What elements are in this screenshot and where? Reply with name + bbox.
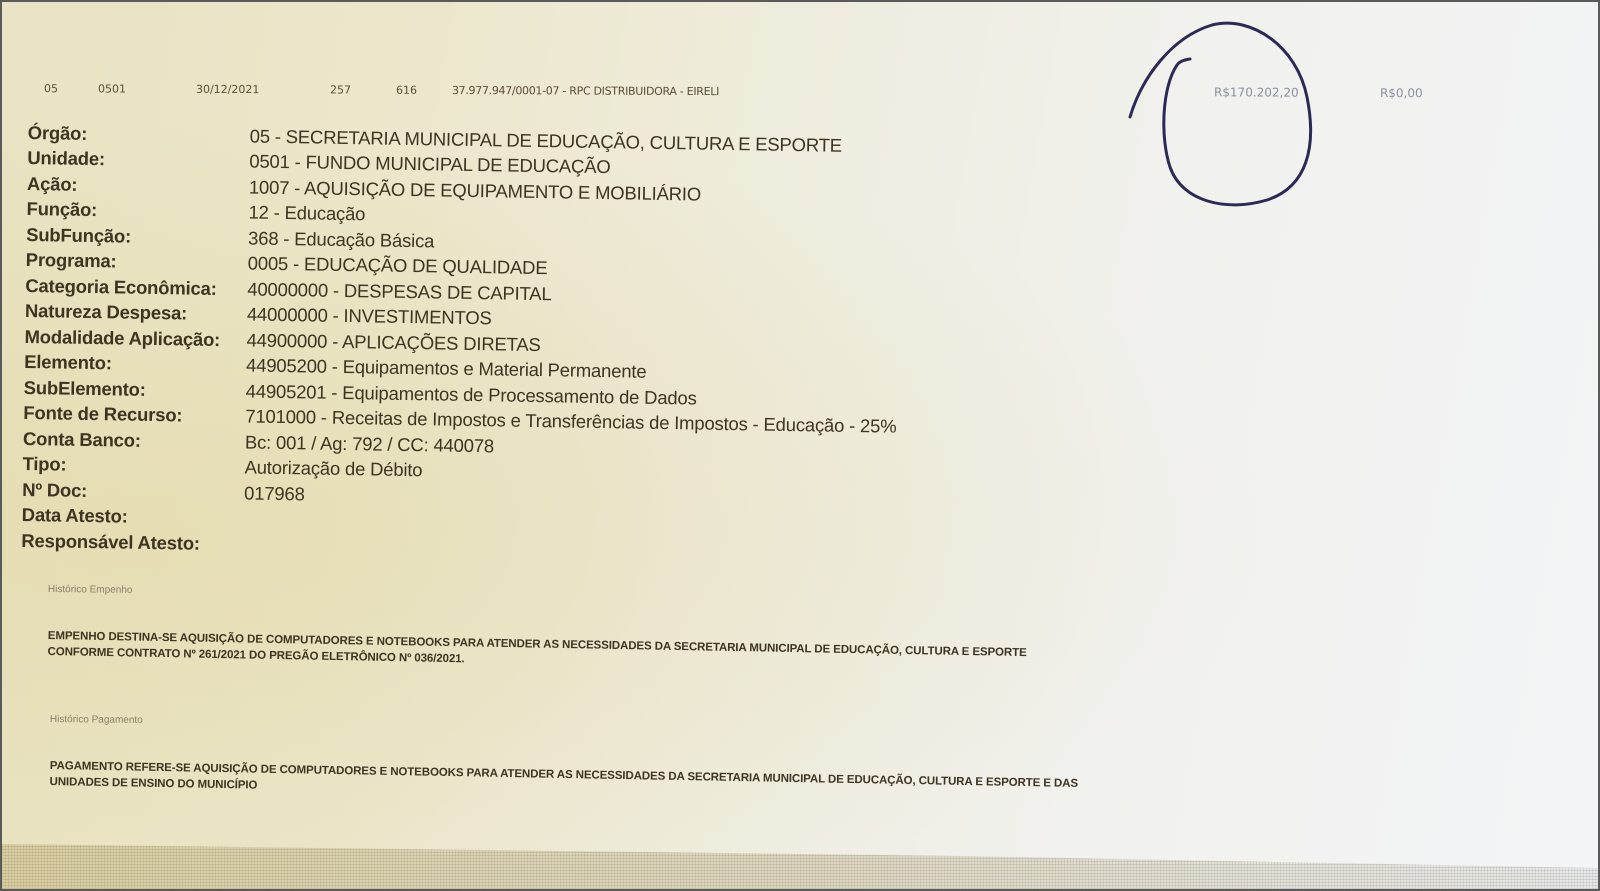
field-label: Modalidade Aplicação:: [24, 325, 246, 350]
field-label: Elemento:: [24, 351, 246, 376]
historico-empenho-text: EMPENHO DESTINA-SE AQUISIÇÃO DE COMPUTAD…: [47, 628, 1026, 677]
field-value: 44000000 - INVESTIMENTOS: [247, 303, 492, 329]
historico-pagamento-title: Histórico Pagamento: [50, 714, 143, 726]
field-label: SubFunção:: [26, 223, 248, 248]
fabric-background: [2, 829, 1598, 889]
historico-empenho-title: Histórico Empenho: [48, 584, 133, 596]
date: 30/12/2021: [196, 83, 259, 96]
orgao-code: 05: [44, 82, 58, 95]
unidade-code: 0501: [98, 82, 126, 95]
field-value: 368 - Educação Básica: [248, 227, 434, 252]
header-row: 05 0501 30/12/2021 257 616 37.977.947/00…: [2, 82, 1598, 109]
field-label: Fonte de Recurso:: [23, 402, 245, 427]
hand-drawn-circle-icon: [1102, 17, 1342, 217]
field-value: Bc: 001 / Ag: 792 / CC: 440078: [245, 431, 494, 457]
field-label: Órgão:: [28, 121, 250, 146]
field-label: Programa:: [26, 249, 248, 274]
field-value: 017968: [244, 482, 305, 505]
field-label: SubElemento:: [24, 376, 246, 401]
number-a: 257: [330, 83, 351, 96]
historico-pagamento-text: PAGAMENTO REFERE-SE AQUISIÇÃO DE COMPUTA…: [49, 758, 1078, 808]
fields-block: Órgão: 05 - SECRETARIA MUNICIPAL DE EDUC…: [21, 118, 901, 565]
field-label: Conta Banco:: [23, 427, 245, 452]
field-label: Data Atesto:: [22, 504, 244, 529]
field-label: Categoria Econômica:: [25, 274, 247, 299]
field-value: 44900000 - APLICAÇÕES DIRETAS: [246, 329, 540, 356]
supplier: 37.977.947/0001-07 - RPC DISTRIBUIDORA -…: [452, 84, 719, 98]
field-value: Autorização de Débito: [244, 456, 422, 481]
field-label: Responsável Atesto:: [21, 529, 243, 554]
field-value: 12 - Educação: [248, 201, 365, 225]
field-label: Natureza Despesa:: [25, 300, 247, 325]
field-value: 0005 - EDUCAÇÃO DE QUALIDADE: [248, 252, 548, 279]
field-label: Unidade:: [27, 147, 249, 172]
field-label: Tipo:: [22, 453, 244, 478]
field-label: Função:: [26, 198, 248, 223]
field-label: Nº Doc:: [22, 478, 244, 503]
number-b: 616: [396, 84, 417, 97]
field-label: Ação:: [27, 172, 249, 197]
amount-other: R$0,00: [1380, 86, 1423, 100]
document-photo: 05 0501 30/12/2021 257 616 37.977.947/00…: [2, 2, 1598, 889]
